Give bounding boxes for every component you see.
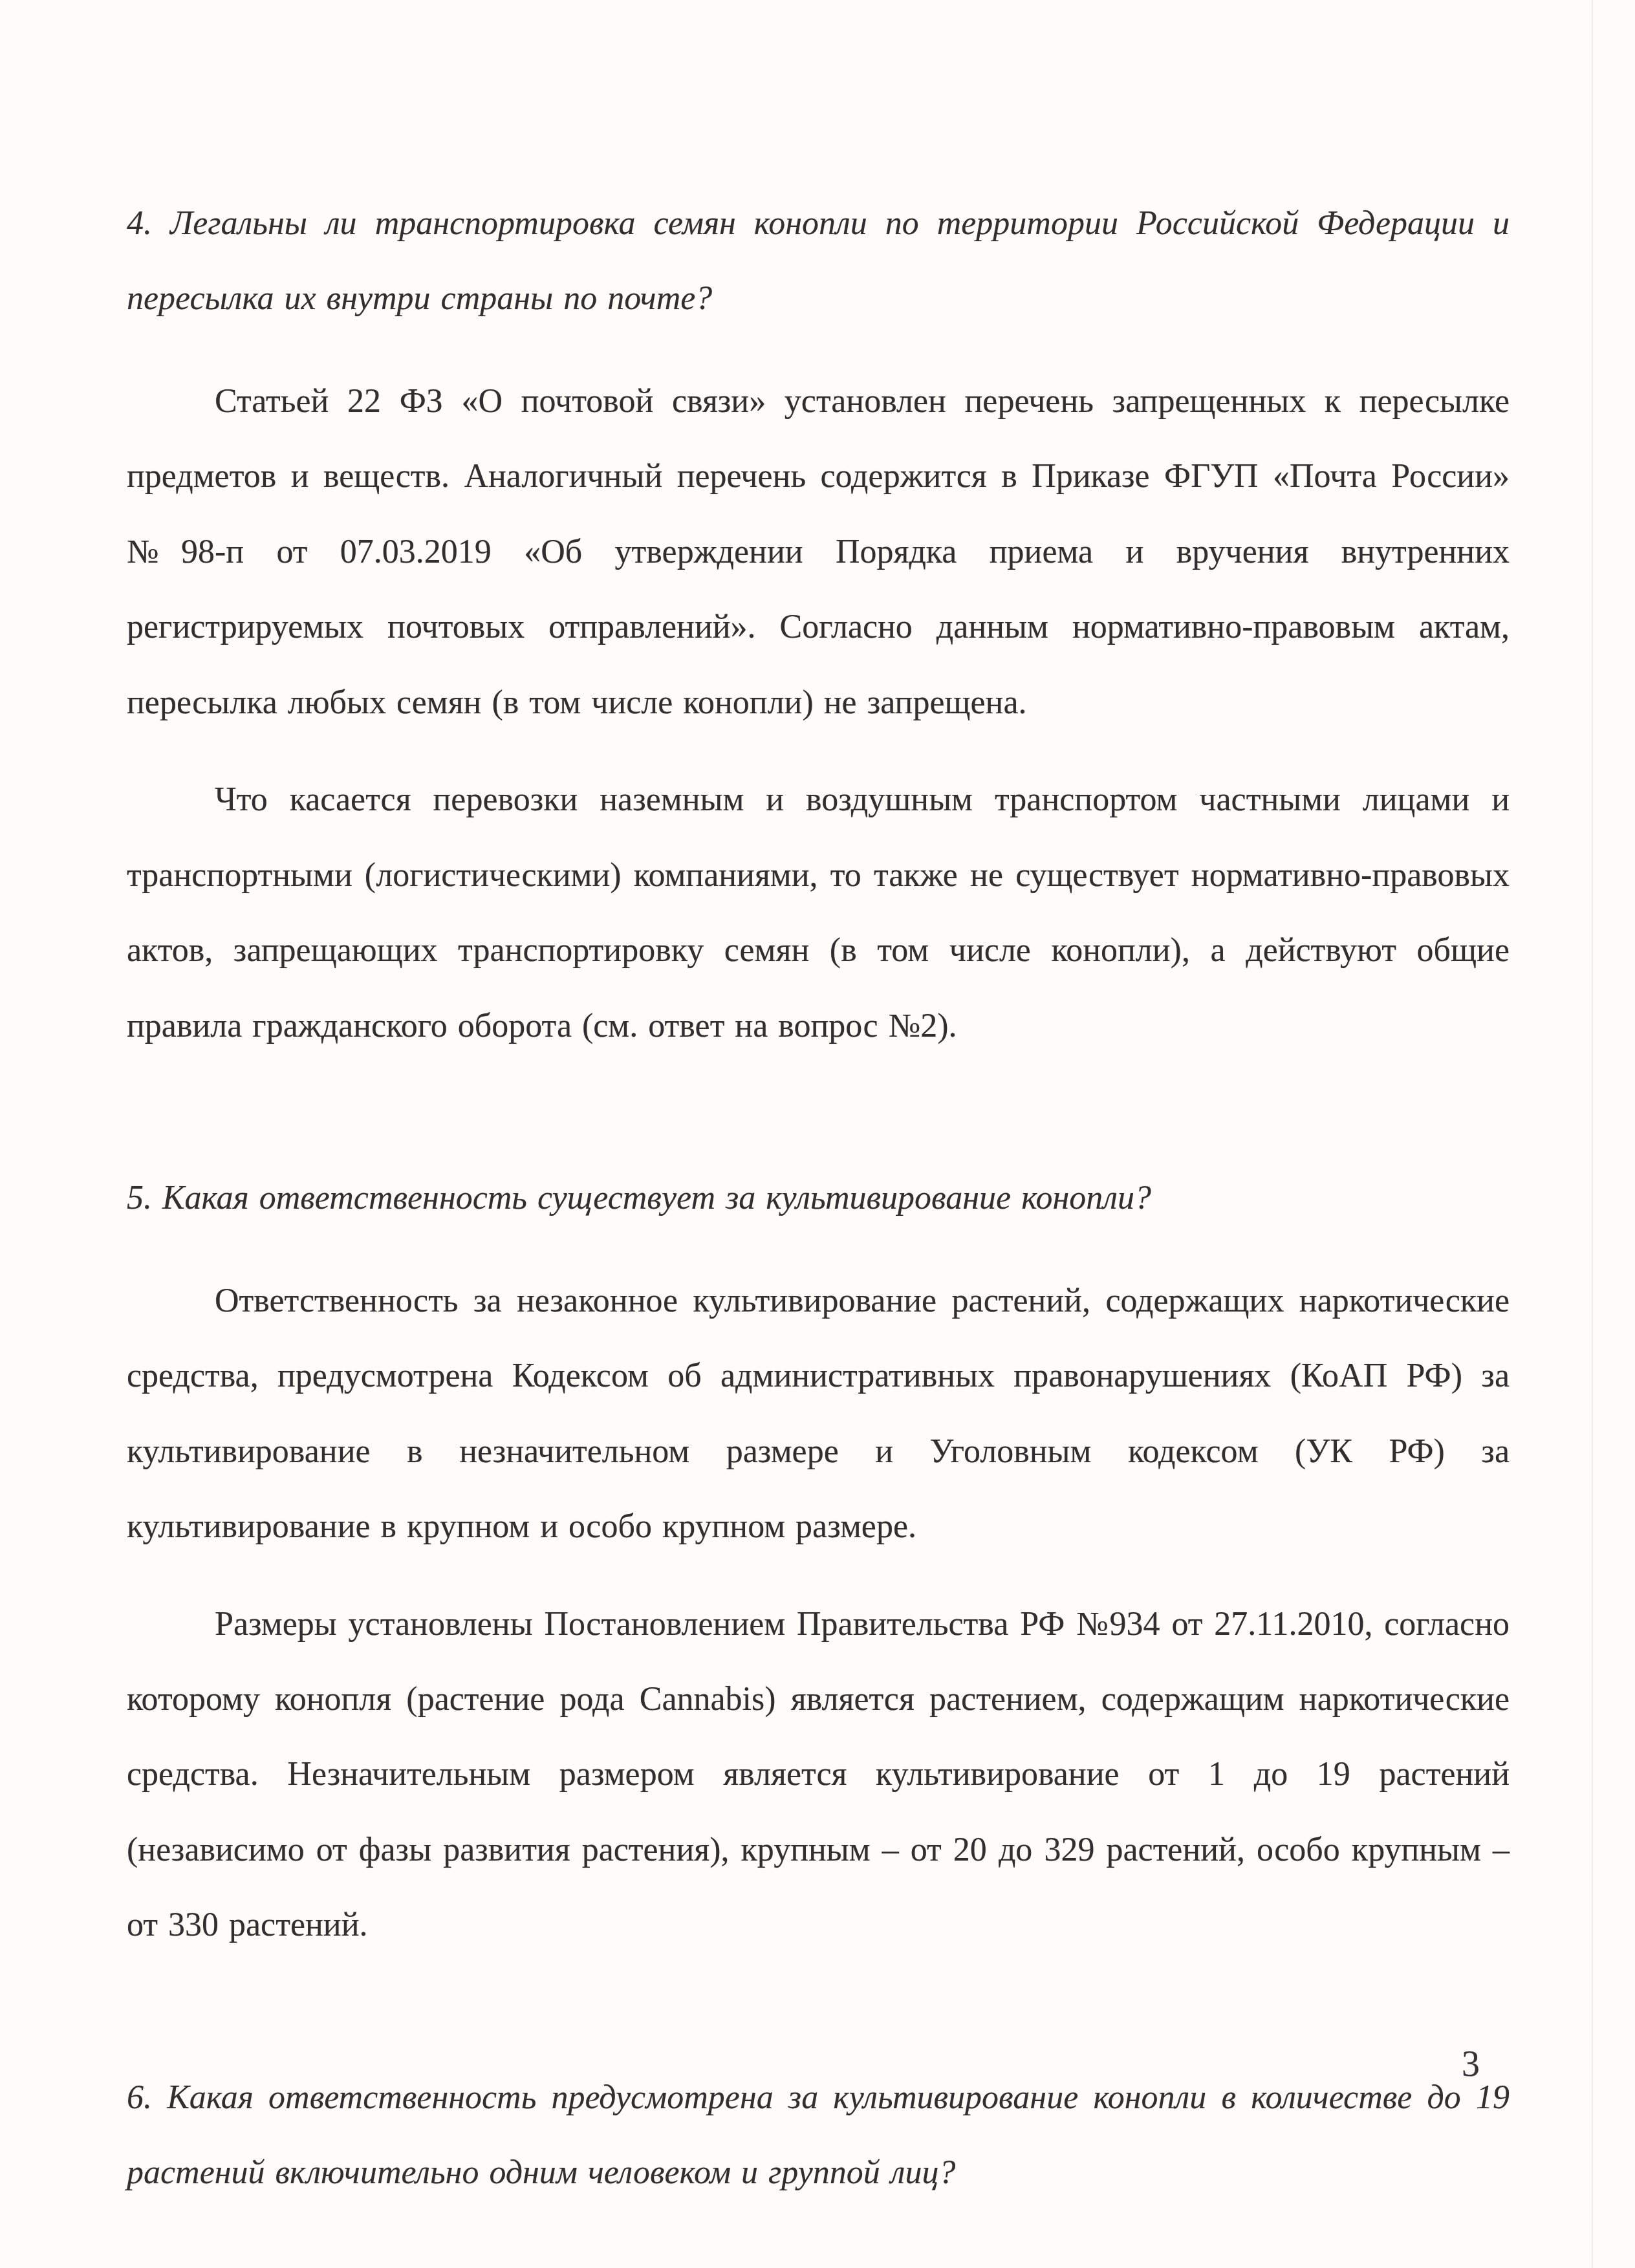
answer-4-paragraph-2: Что касается перевозки наземным и воздуш… <box>127 762 1510 1064</box>
question-4: 4. Легальны ли транспортировка семян кон… <box>127 186 1510 337</box>
document-text-area: 4. Легальны ли транспортировка семян кон… <box>127 186 1510 2238</box>
scanned-document-page: 4. Легальны ли транспортировка семян кон… <box>0 0 1635 2268</box>
question-5: 5. Какая ответственность существует за к… <box>127 1161 1510 1236</box>
answer-4-paragraph-1: Статьей 22 ФЗ «О почтовой связи» установ… <box>127 364 1510 740</box>
question-6: 6. Какая ответственность предусмотрена з… <box>127 2060 1510 2211</box>
page-edge-scan-artifact <box>1592 0 1593 2268</box>
answer-5-paragraph-2: Размеры установлены Постановлением Прави… <box>127 1587 1510 1963</box>
answer-5-paragraph-1: Ответственность за незаконное культивиро… <box>127 1264 1510 1565</box>
page-number: 3 <box>1462 2044 1480 2085</box>
